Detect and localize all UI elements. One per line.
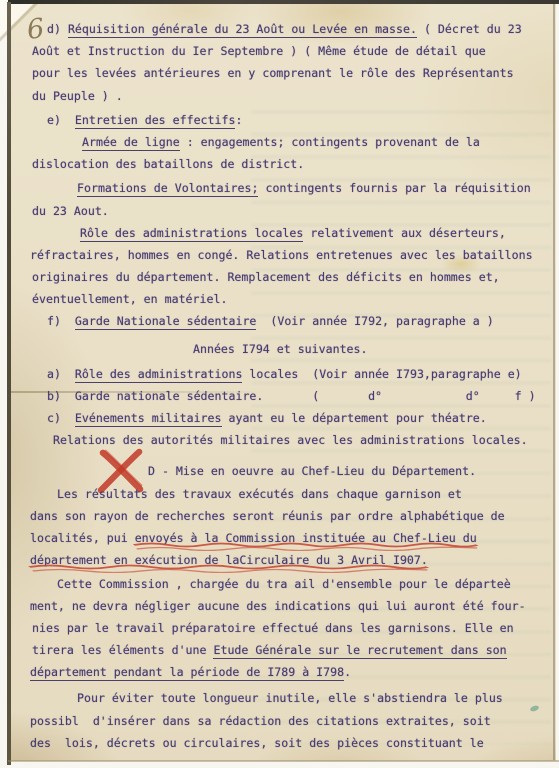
underlined-text: Entretien des effectifs <box>75 113 236 129</box>
typed-text-segment: réfractaires, hommes en congé. Relations… <box>30 248 533 262</box>
scan-edge-top <box>8 0 559 4</box>
typed-text-segment: Août et Instruction du Ier Septembre ) (… <box>32 44 486 58</box>
typed-text-segment: : <box>235 113 242 127</box>
text-line: originaires du département. Remplacement… <box>0 266 559 288</box>
typed-text-segment: e) <box>47 113 75 127</box>
typed-text-segment: tirera les éléments d'une <box>32 643 213 657</box>
typed-text-segment: f) <box>47 314 75 328</box>
scanned-document-page: 6 d) Réquisition générale du 23 Août ou … <box>0 0 559 768</box>
red-underlined-text: département en exécution de laCirculaire… <box>30 553 428 567</box>
text-line: b) Garde nationale sédentaire. ( d° d° f… <box>0 385 559 407</box>
text-line: Formations de Volontaires; contingents f… <box>0 177 559 199</box>
typed-text-segment: localités, pui <box>30 531 135 545</box>
text-line: département en exécution de laCirculaire… <box>0 549 559 571</box>
text-line: Les résultats des travaux exécutés dans … <box>0 483 559 505</box>
typed-text-segment: ( Décret du 23 <box>417 22 522 36</box>
typed-text-segment: dislocation des bataillons de district. <box>32 157 304 171</box>
typed-text-segment: ment, ne devra négliger aucune des indic… <box>30 599 526 613</box>
text-line: département pendant la période de I789 à… <box>0 661 559 683</box>
typed-text-segment: du Peuple ) . <box>32 89 123 103</box>
text-line: Rôle des administrations locales relativ… <box>0 222 559 244</box>
text-line: f) Garde Nationale sédentaire (Voir anné… <box>0 310 559 332</box>
underlined-text: Armée de ligne <box>82 135 180 151</box>
text-line: dislocation des bataillons de district. <box>0 153 559 175</box>
typed-text-segment: relativement aux déserteurs, <box>303 226 505 240</box>
typed-text-segment: pour les levées antérieures en y compren… <box>32 66 514 80</box>
typed-text-segment: locales (Voir année I793,paragraphe e) <box>242 367 521 381</box>
text-line: Armée de ligne : engagements; contingent… <box>0 131 559 153</box>
underlined-text: Etude Générale sur le recrutement dans s… <box>213 643 506 659</box>
text-line: réfractaires, hommes en congé. Relations… <box>0 244 559 266</box>
text-line: du Peuple ) . <box>0 85 559 107</box>
text-line: d) Réquisition générale du 23 Août ou Le… <box>0 18 559 40</box>
typed-text-segment: . <box>344 665 351 679</box>
text-line: du 23 Aout. <box>0 200 559 222</box>
text-line: a) Rôle des administrations locales (Voi… <box>0 363 559 385</box>
typed-text-segment: Relations des autorités militaires avec … <box>53 433 528 447</box>
text-line: D - Mise en oeuvre au Chef-Lieu du Dépar… <box>0 460 559 482</box>
typed-text-segment: c) <box>47 411 75 425</box>
text-line: nies par le travail préparatoire effectu… <box>0 617 559 639</box>
typed-text-segment: nies par le travail préparatoire effectu… <box>32 621 514 635</box>
typed-text-segment: Les résultats des travaux exécutés dans … <box>57 487 462 501</box>
underlined-text: Rôle des administrations <box>75 367 243 383</box>
scan-edge-bottom <box>8 760 559 762</box>
typed-text-segment: : engagements; contingents provenant de … <box>180 135 480 149</box>
typed-text-segment: a) <box>47 367 75 381</box>
text-line: Août et Instruction du Ier Septembre ) (… <box>0 40 559 62</box>
text-line: éventuellement, en matériel. <box>0 288 559 310</box>
text-line: ment, ne devra négliger aucune des indic… <box>0 595 559 617</box>
typed-text: d) Réquisition générale du 23 Août ou Le… <box>0 18 559 754</box>
text-line: tirera les éléments d'une Etude Générale… <box>0 639 559 661</box>
underlined-text: Réquisition générale du 23 Août ou Levée… <box>68 22 417 38</box>
typed-text-segment: possibl d'insérer dans sa rédaction des … <box>30 714 491 728</box>
text-line: dans son rayon de recherches seront réun… <box>0 505 559 527</box>
underlined-text: Garde Nationale sédentaire <box>75 314 256 330</box>
text-line: Cette Commission , chargée du tra ail d'… <box>0 573 559 595</box>
typed-text-segment: d) <box>47 22 68 36</box>
typed-text-segment: ayant eu le département pour théatre. <box>222 411 487 425</box>
typed-text-segment: des lois, décrets ou circulaires, soit d… <box>30 736 484 750</box>
underlined-text: Formations de Volontaires; <box>77 181 258 197</box>
text-line: c) Evénements militaires ayant eu le dép… <box>0 407 559 429</box>
text-line: possibl d'insérer dans sa rédaction des … <box>0 710 559 732</box>
typed-text-segment: D - Mise en oeuvre au Chef-Lieu du Dépar… <box>148 464 476 478</box>
typed-text-segment: du 23 Aout. <box>32 204 109 218</box>
typed-text-segment: contingents fournis par la réquisition <box>258 181 530 195</box>
underlined-text: Rôle des administrations locales <box>80 226 303 242</box>
underlined-text: département pendant la période de I789 à… <box>30 665 344 681</box>
typed-text-segment: (Voir année I792, paragraphe a ) <box>256 314 493 328</box>
text-line: Années I794 et suivantes. <box>0 338 559 360</box>
text-line: des lois, décrets ou circulaires, soit d… <box>0 732 559 754</box>
typed-text-segment: b) Garde nationale sédentaire. ( d° d° f… <box>47 389 536 403</box>
text-line: e) Entretien des effectifs: <box>0 109 559 131</box>
typed-text-segment: Cette Commission , chargée du tra ail d'… <box>57 577 511 591</box>
text-line: localités, pui envoyés à la Commission i… <box>0 527 559 549</box>
typed-text-segment: originaires du département. Remplacement… <box>32 270 500 284</box>
red-underlined-text: envoyés à la Commission instituée au Che… <box>135 531 477 545</box>
typed-text-segment: Pour éviter toute longueur inutile, elle… <box>77 691 503 705</box>
underlined-text: Evénements militaires <box>75 411 222 427</box>
text-line: Relations des autorités militaires avec … <box>0 429 559 451</box>
typed-text-segment: Années I794 et suivantes. <box>193 342 368 356</box>
text-line: Pour éviter toute longueur inutile, elle… <box>0 687 559 709</box>
text-line: pour les levées antérieures en y compren… <box>0 62 559 84</box>
typed-text-segment: dans son rayon de recherches seront réun… <box>30 509 505 523</box>
typed-text-segment: éventuellement, en matériel. <box>32 292 227 306</box>
